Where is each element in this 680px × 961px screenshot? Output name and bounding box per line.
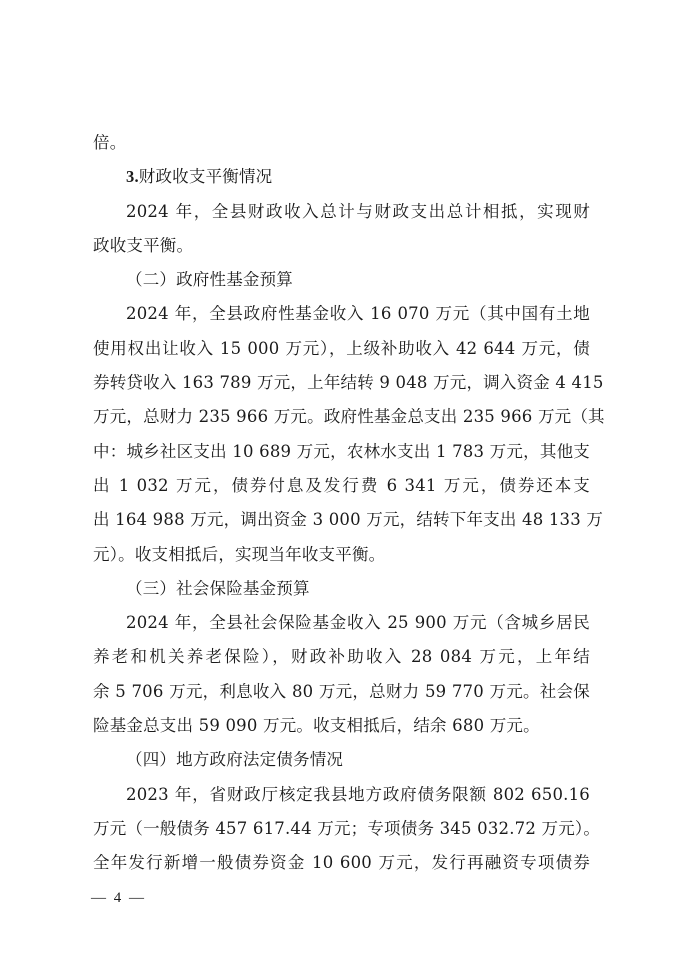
document-body: 倍。 3.财政收支平衡情况 2024 年，全县财政收入总计与财政支出总计相抵，实… <box>93 126 590 881</box>
text-line: 券转贷收入 163 789 万元，上年结转 9 048 万元，调入资金 4 41… <box>93 366 590 400</box>
section-heading: （四）地方政府法定债务情况 <box>93 743 590 777</box>
text-line: 余 5 706 万元，利息收入 80 万元，总财力 59 770 万元。社会保 <box>93 675 590 709</box>
text-line: 政收支平衡。 <box>93 229 590 263</box>
text-line: 使用权出让收入 15 000 万元），上级补助收入 42 644 万元，债 <box>93 332 590 366</box>
paragraph-line: 2024 年，全县社会保险基金收入 25 900 万元（含城乡居民 <box>93 606 590 640</box>
text-line: 万元，总财力 235 966 万元。政府性基金总支出 235 966 万元（其 <box>93 400 590 434</box>
heading-text: 财政收支平衡情况 <box>139 167 273 186</box>
section-heading: 3.财政收支平衡情况 <box>93 160 590 194</box>
text-line: 险基金总支出 59 090 万元。收支相抵后，结余 680 万元。 <box>93 709 590 743</box>
text-line: 元）。收支相抵后，实现当年收支平衡。 <box>93 538 590 572</box>
heading-number: 3. <box>126 167 139 186</box>
text-line: 出 164 988 万元，调出资金 3 000 万元，结转下年支出 48 133… <box>93 503 590 537</box>
section-heading: （二）政府性基金预算 <box>93 263 590 297</box>
text-line: 全年发行新增一般债券资金 10 600 万元，发行再融资专项债券 <box>93 846 590 880</box>
text-line: 养老和机关养老保险），财政补助收入 28 084 万元，上年结 <box>93 640 590 674</box>
paragraph-line: 2024 年，全县财政收入总计与财政支出总计相抵，实现财 <box>93 195 590 229</box>
text-line: 中：城乡社区支出 10 689 万元，农林水支出 1 783 万元，其他支 <box>93 435 590 469</box>
text-line: 出 1 032 万元，债券付息及发行费 6 341 万元，债券还本支 <box>93 469 590 503</box>
paragraph-line: 2023 年，省财政厅核定我县地方政府债务限额 802 650.16 <box>93 778 590 812</box>
paragraph-line: 2024 年，全县政府性基金收入 16 070 万元（其中国有土地 <box>93 297 590 331</box>
section-heading: （三）社会保险基金预算 <box>93 572 590 606</box>
text-line: 倍。 <box>93 126 590 160</box>
text-line: 万元（一般债务 457 617.44 万元；专项债务 345 032.72 万元… <box>93 812 590 846</box>
page-number: — 4 — <box>91 890 146 907</box>
